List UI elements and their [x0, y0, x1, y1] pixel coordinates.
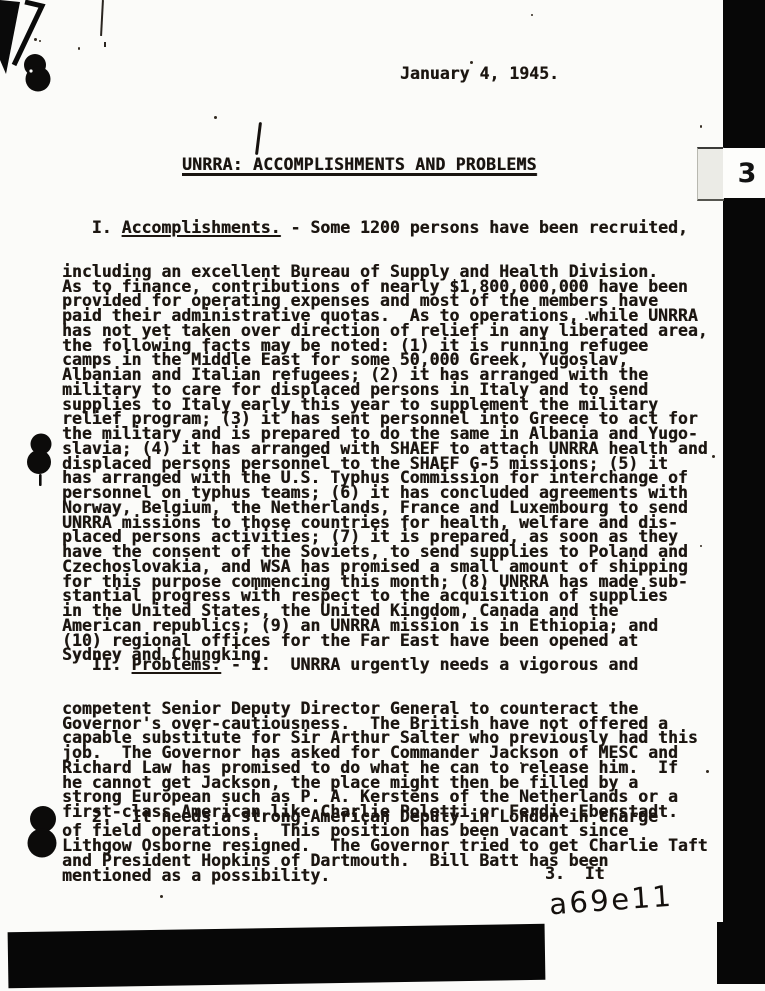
hole-punch-mark-middle — [27, 430, 57, 492]
hole-punch-mark-top — [22, 50, 58, 96]
scanner-bottom-edge-bar — [8, 924, 546, 988]
section-heading-underlined: Accomplishments. — [122, 218, 281, 237]
page-continuation-mark: 3. It — [545, 866, 605, 882]
stray-tick-mark — [100, 0, 104, 36]
document-date: January 4, 1945. — [400, 65, 559, 83]
section-body-text: including an excellent Bureau of Supply … — [62, 265, 708, 663]
section-heading-underlined: Problems. — [132, 655, 221, 674]
handwritten-archive-code: a69e11 — [548, 880, 674, 921]
section-heading-line: II. Problems. - 1. UNRRA urgently needs … — [62, 658, 698, 673]
hole-punch-mark-bottom — [25, 803, 63, 861]
stray-pen-mark — [255, 122, 262, 155]
section-body-text: 2. It needs a strong American Deputy in … — [62, 810, 708, 884]
scanner-right-edge-bar-step — [717, 922, 765, 984]
page-number-tab: 3 — [723, 148, 765, 198]
section-accomplishments: I. Accomplishments. - Some 1200 persons … — [62, 191, 708, 678]
section-problem-2: 2. It needs a strong American Deputy in … — [62, 780, 708, 898]
stray-tick-mark-2 — [104, 42, 106, 47]
document-title: UNRRA: ACCOMPLISHMENTS AND PROBLEMS — [182, 156, 537, 174]
page-number: 3 — [732, 160, 757, 187]
section-heading-line: I. Accomplishments. - Some 1200 persons … — [62, 221, 708, 236]
